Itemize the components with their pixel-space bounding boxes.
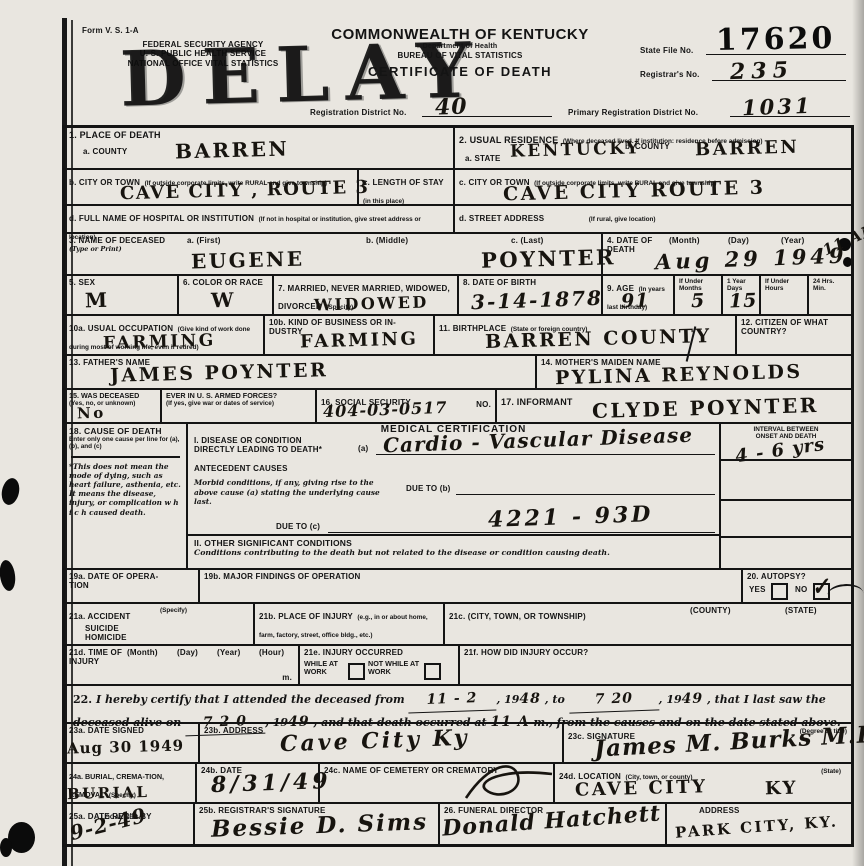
autopsy-label: 20. AUTOPSY? (747, 572, 847, 581)
state-header-label: (STATE) (785, 606, 817, 615)
occupation-value: FARMING (103, 331, 216, 354)
field-25a-date-recd: 25a. DATE REC'D BY LOCAL REG. 9-2-49 (65, 804, 193, 844)
injury-occurred-label: 21e. INJURY OCCURRED (304, 648, 454, 657)
ink-blob (8, 822, 35, 853)
registrar-no-label: Registrar's No. (640, 70, 700, 79)
state-file-label: State File No. (640, 46, 693, 55)
age-value: 91 (621, 290, 650, 313)
row-cause-of-death: 18. CAUSE OF DEATH Enter only one cause … (65, 422, 851, 568)
state-file-number: 17620 (716, 21, 836, 58)
registration-district-line: Registration District No. 40 Primary Reg… (310, 102, 850, 122)
interval-label-1: INTERVAL BETWEEN (725, 426, 847, 433)
field-17-informant: 17. INFORMANT CLYDE POYNTER (495, 390, 851, 422)
last-name-label: c. (Last) (511, 236, 543, 245)
field-24c-cemetery: 24c. NAME OF CEMETERY OR CREMATORY (318, 764, 553, 802)
dod-title: 4. DATE OF DEATH (607, 236, 653, 255)
field-2-usual-residence: 2. USUAL RESIDENCE (Where deceased lived… (453, 128, 851, 232)
morbid-note: Morbid conditions, if any, giving rise t… (194, 478, 394, 507)
cert-p3: , to (545, 693, 565, 706)
marital-value: WIDOWED (314, 293, 429, 315)
date-signed-label: 23a. DATE SIGNED (69, 726, 194, 735)
location-city-value: CAVE CITY (575, 776, 708, 800)
date-operation-label: 19a. DATE OF OPERA-TION (69, 572, 159, 591)
row-registrar: 25a. DATE REC'D BY LOCAL REG. 9-2-49 25b… (65, 802, 851, 844)
other-conditions-block: II. OTHER SIGNIFICANT CONDITIONS Conditi… (188, 534, 719, 568)
field-26-address: ADDRESS PARK CITY, KY. (665, 804, 851, 844)
not-while-label: NOT WHILE AT WORK (368, 660, 420, 677)
hospital-label: d. FULL NAME OF HOSPITAL OR INSTITUTION (69, 214, 254, 223)
dod-day-label: (Day) (728, 236, 749, 245)
interval-rule-3 (721, 536, 851, 538)
date-signed-value: Aug 30 1949 (67, 736, 185, 757)
informant-value: CLYDE POYNTER (592, 393, 819, 423)
ti-day: (Day) (177, 648, 198, 657)
cause-divider (71, 456, 180, 458)
county-value: BARREN (175, 137, 290, 164)
row-burial: 24a. BURIAL, CREMA-TION, REMOVAL (Specif… (65, 762, 851, 802)
ink-blob (0, 838, 12, 857)
dept-of-health: Department of Health (310, 43, 610, 51)
cert-no: 22. (73, 693, 92, 706)
field-5-sex: 5. SEX M (65, 276, 177, 314)
field-9-age: 9. AGE (In years last birthday) 91 (601, 276, 673, 314)
armed-forces-note: (If yes, give war or dates of service) (166, 400, 311, 407)
state-value: KENTUCKY (510, 138, 641, 161)
field-20-autopsy: 20. AUTOPSY? YES NO ✓ (741, 570, 851, 602)
certificate-title: CERTIFICATE OF DEATH (310, 64, 610, 79)
date-recd-value: 9-2-49 (67, 803, 149, 845)
middle-name-label: b. (Middle) (366, 236, 408, 245)
row-service-ssn: 15. WAS DECEASED (Yes, no, or unknown) N… (65, 388, 851, 422)
row-injury-time: 21d. TIME OF INJURY (Month) (Day) (Year)… (65, 644, 851, 684)
last-name-value: POYNTER (481, 244, 616, 273)
res-county-value: BARREN (695, 137, 800, 161)
accident-label: 21a. ACCIDENT (69, 612, 130, 621)
field-21e-injury-occurred: 21e. INJURY OCCURRED WHILE AT WORK NOT W… (298, 646, 458, 684)
cert-from-year: 48 (519, 691, 540, 707)
months-head1: If Under (679, 278, 717, 285)
primary-district-rule (730, 116, 850, 117)
cause-title: 18. CAUSE OF DEATH (69, 426, 182, 436)
field-23b-address: 23b. ADDRESS Cave City Ky (198, 724, 562, 762)
location-note2: (State) (821, 768, 841, 775)
field-10b-industry: 10b. KIND OF BUSINESS OR IN-DUSTRY FARMI… (263, 316, 433, 354)
row-name-dod: 3. NAME OF DECEASED (Type or Print) a. (… (65, 232, 851, 274)
field-10a-occupation: 10a. USUAL OCCUPATION (Give kind of work… (65, 316, 263, 354)
county-header-label: (COUNTY) (690, 606, 731, 615)
field-4-date-of-death: 4. DATE OF DEATH (Month) (Day) (Year) Au… (601, 234, 851, 274)
citizen-label: 12. CITIZEN OF WHAT COUNTRY? (741, 318, 847, 337)
cause-footnote: *This does not mean the mode of dying, s… (69, 462, 182, 517)
ssn-no-label: NO. (476, 400, 491, 409)
armed-forces-label: EVER IN U. S. ARMED FORCES? (166, 392, 311, 400)
name-note: (Type or Print) (69, 245, 181, 253)
place-injury-label: 21b. PLACE OF INJURY (259, 612, 353, 621)
while-at-work-checkbox (348, 663, 365, 680)
while-at-work-label: WHILE AT WORK (304, 660, 346, 677)
street-note: (If rural, give location) (589, 216, 656, 223)
field-3-name: 3. NAME OF DECEASED (Type or Print) a. (… (65, 234, 601, 274)
row-occupation: 10a. USUAL OCCUPATION (Give kind of work… (65, 314, 851, 354)
ink-scrawl (460, 760, 560, 804)
informant-label: 17. INFORMANT (501, 397, 573, 407)
field-16-ssn: 16. SOCIAL SECURITY NO. 404-03-0517 (315, 390, 495, 422)
antecedent-label: ANTECEDENT CAUSES (194, 464, 288, 473)
field-18-interval: INTERVAL BETWEEN ONSET AND DEATH 4 - 6 y… (719, 424, 851, 568)
armed-forces-value: No (77, 404, 106, 423)
fd-address-value: PARK CITY, KY. (675, 812, 839, 841)
findings-label: 19b. MAJOR FINDINGS OF OPERATION (204, 572, 737, 581)
field-9-months: If Under Months 5 (673, 276, 721, 314)
due-to-b-label: DUE TO (b) (406, 484, 451, 493)
burial-value: BURIAL (67, 783, 150, 803)
reg-district-rule (422, 116, 552, 117)
primary-district-label: Primary Registration District No. (568, 108, 698, 117)
certificate-form: 1. PLACE OF DEATH a. COUNTY BARREN b. CI… (62, 125, 854, 847)
autopsy-yes-label: YES (749, 585, 766, 594)
county-label: a. COUNTY (83, 147, 127, 156)
header: Form V. S. 1-A FEDERAL SECURITY AGENCY U… (80, 26, 850, 122)
first-name-label: a. (First) (187, 236, 221, 245)
row-certify-statement: 22. I hereby certify that I attended the… (65, 684, 851, 722)
field-14-mother: 14. MOTHER'S MAIDEN NAME PYLINA REYNOLDS (535, 356, 851, 388)
res-county-label: b. COUNTY (625, 142, 670, 151)
field-21f-how-injury: 21f. HOW DID INJURY OCCUR? (458, 646, 851, 684)
ink-blob (0, 477, 22, 507)
was-deceased-label: 15. WAS DECEASED (69, 392, 156, 400)
field-24d-location: 24d. LOCATION (City, town, or county) (S… (553, 764, 851, 802)
cert-p4: , 19 (659, 693, 682, 706)
death-certificate-scan: Form V. S. 1-A FEDERAL SECURITY AGENCY U… (0, 0, 864, 866)
cert-to-year: 49 (682, 691, 703, 707)
row-operation: 19a. DATE OF OPERA-TION 19b. MAJOR FINDI… (65, 568, 851, 602)
field-21a-accident: 21a. ACCIDENT (Specify) SUICIDE HOMICIDE (65, 604, 253, 644)
sex-label: 5. SEX (69, 278, 173, 287)
ti-m: m. (282, 673, 292, 682)
field-21c-city-county-state: 21c. (CITY, TOWN, OR TOWNSHIP) (COUNTY) … (443, 604, 851, 644)
field-11-birthplace: 11. BIRTHPLACE (State or foreign country… (433, 316, 735, 354)
ti-hour: (Hour) (259, 648, 284, 657)
field-18-medical-certification: MEDICAL CERTIFICATION I. DISEASE OR COND… (186, 424, 719, 568)
name-title: 3. NAME OF DECEASED (69, 236, 181, 245)
street-label: d. STREET ADDRESS (459, 214, 544, 223)
months-value: 5 (691, 290, 706, 312)
other-conditions-label: II. OTHER SIGNIFICANT CONDITIONS (194, 538, 713, 548)
field-9-days: 1 Year Days 15 (721, 276, 759, 314)
location-state-value: KY (765, 778, 799, 800)
commonwealth-title: COMMONWEALTH OF KENTUCKY (310, 26, 610, 43)
field-18-cause-label: 18. CAUSE OF DEATH Enter only one cause … (65, 424, 186, 568)
hours-head1: If Under (765, 278, 803, 285)
ink-blob (0, 559, 17, 592)
field-21d-time-injury: 21d. TIME OF INJURY (Month) (Day) (Year)… (65, 646, 298, 684)
field-1-place-of-death: 1. PLACE OF DEATH a. COUNTY BARREN b. CI… (65, 128, 453, 232)
address-value: Cave City Ky (280, 725, 470, 758)
min-head1: 24 Hrs. (813, 278, 847, 285)
first-name-value: EUGENE (191, 247, 305, 274)
dod-value: Aug 29 1949 (655, 243, 848, 275)
time-injury-label: 21d. TIME OF INJURY (69, 648, 124, 667)
file-numbers: State File No. 17620 Registrar's No. 235 (640, 30, 850, 90)
race-value: W (211, 288, 237, 313)
field-9-hours: If Under Hours (759, 276, 807, 314)
field-7-marital: 7. MARRIED, NEVER MARRIED, WIDOWED, DIVO… (272, 276, 457, 314)
field-15-was-deceased: 15. WAS DECEASED (Yes, no, or unknown) N… (65, 390, 160, 422)
physician-signature-value: James M. Burks M.D. (593, 720, 864, 762)
ti-month: (Month) (127, 648, 158, 657)
birthplace-value: BARREN COUNTY (485, 325, 712, 353)
race-label: 6. COLOR OR RACE (183, 278, 268, 287)
autopsy-no-label: NO (795, 585, 807, 594)
due-to-c-label: DUE TO (c) (276, 522, 320, 531)
field-22-certification: 22. I hereby certify that I attended the… (65, 686, 851, 722)
cert-to-date: 7 20 (568, 687, 659, 713)
field-26-funeral-director: 26. FUNERAL DIRECTOR Donald Hatchett (438, 804, 665, 844)
father-value: JAMES POYNTER (110, 359, 329, 387)
dod-month-label: (Month) (669, 236, 700, 245)
field-23c-signature: 23c. SIGNATURE (Degree or title) James M… (562, 724, 851, 762)
field-12-citizen: 12. CITIZEN OF WHAT COUNTRY? (735, 316, 851, 354)
row-injury-place: 21a. ACCIDENT (Specify) SUICIDE HOMICIDE… (65, 602, 851, 644)
industry-value: FARMING (300, 328, 419, 352)
cert-from-date: 11 - 2 (408, 687, 497, 713)
accident-lines: SUICIDE HOMICIDE (85, 624, 145, 643)
days-head1: 1 Year (727, 278, 755, 285)
row-demographics: 5. SEX M 6. COLOR OR RACE W 7. MARRIED, … (65, 274, 851, 314)
how-injury-label: 21f. HOW DID INJURY OCCUR? (464, 648, 847, 657)
field-8-dob: 8. DATE OF BIRTH 3-14-1878 (457, 276, 601, 314)
field-25b-registrar-signature: 25b. REGISTRAR'S SIGNATURE Bessie D. Sim… (193, 804, 438, 844)
row-parents: 13. FATHER'S NAME JAMES POYNTER 14. MOTH… (65, 354, 851, 388)
state-label: a. STATE (465, 154, 501, 163)
due-to-b-line (456, 494, 715, 495)
sex-value: M (85, 288, 110, 313)
title-block: COMMONWEALTH OF KENTUCKY Department of H… (310, 26, 610, 79)
cert-p2: , 19 (496, 693, 519, 706)
interval-rule-2 (721, 499, 851, 501)
accident-note: (Specify) (160, 607, 187, 614)
reg-district-label: Registration District No. (310, 108, 407, 117)
registrar-no-line (712, 80, 846, 81)
burial-date-value: 8/31/49 (211, 768, 332, 798)
interval-rule-1 (721, 459, 851, 461)
field-15-armed-forces: EVER IN U. S. ARMED FORCES? (If yes, giv… (160, 390, 315, 422)
dob-value: 3-14-1878 (471, 286, 604, 315)
state-file-line (706, 54, 846, 55)
disease-label-2: DIRECTLY LEADING TO DEATH* (194, 445, 322, 454)
field-24b-burial-date: 24b. DATE 8/31/49 (195, 764, 318, 802)
field-24a-burial: 24a. BURIAL, CREMA-TION, REMOVAL (Specif… (65, 764, 195, 802)
not-while-checkbox (424, 663, 441, 680)
disease-a-tag: (a) (358, 444, 368, 453)
hours-head2: Hours (765, 285, 803, 292)
cause-a-line (376, 454, 715, 455)
field-23a-date-signed: 23a. DATE SIGNED Aug 30 1949 (65, 724, 198, 762)
field-9-min: 24 Hrs. Min. (807, 276, 851, 314)
cause-code-value: 4221 - 93D (488, 501, 654, 533)
bureau-title: BUREAU OF VITAL STATISTICS (310, 51, 610, 60)
field-13-father: 13. FATHER'S NAME JAMES POYNTER (65, 356, 535, 388)
other-conditions-note: Conditions contributing to the death but… (194, 548, 713, 557)
days-value: 15 (729, 290, 758, 313)
cause-note: Enter only one cause per line for (a), (… (69, 436, 182, 450)
cert-p1: I hereby certify that I attended the dec… (96, 693, 405, 706)
min-head2: Min. (813, 285, 847, 292)
field-19a-date-operation: 19a. DATE OF OPERA-TION (65, 570, 198, 602)
length-of-stay-label: c. LENGTH OF STAY (363, 178, 444, 187)
field-19b-findings: 19b. MAJOR FINDINGS OF OPERATION (198, 570, 741, 602)
city-township-label: 21c. (CITY, TOWN, OR TOWNSHIP) (449, 612, 586, 621)
row-signature: 23a. DATE SIGNED Aug 30 1949 23b. ADDRES… (65, 722, 851, 762)
autopsy-yes-checkbox (771, 583, 788, 600)
field-6-race: 6. COLOR OR RACE W (177, 276, 272, 314)
ssn-value: 404-03-0517 (323, 398, 448, 421)
field-21b-place-injury: 21b. PLACE OF INJURY (e.g., in or about … (253, 604, 443, 644)
ti-year: (Year) (217, 648, 240, 657)
due-to-c-line (328, 532, 715, 533)
row-place-residence: 1. PLACE OF DEATH a. COUNTY BARREN b. CI… (65, 128, 851, 232)
